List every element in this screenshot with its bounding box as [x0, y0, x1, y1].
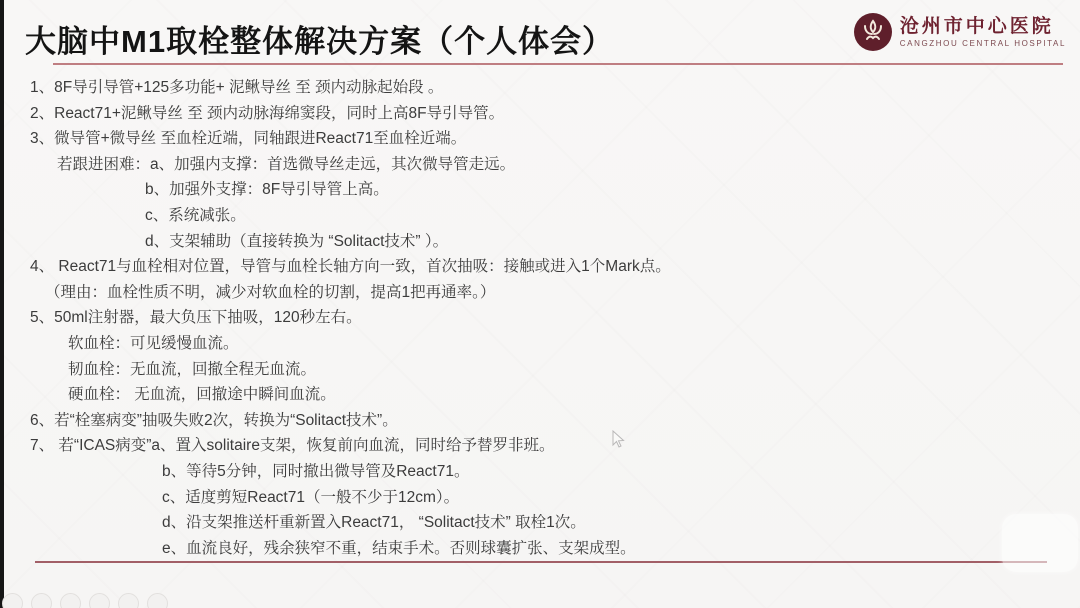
title-underline: [53, 63, 1063, 65]
body-line: 5、50ml注射器，最大负压下抽吸，120秒左右。: [30, 305, 1030, 331]
body-line: 6、若“栓塞病变”抽吸失败2次，转换为“Solitact技术”。: [30, 408, 1030, 434]
body-line: 软血栓：可见缓慢血流。: [30, 331, 1030, 357]
hospital-logo: 沧州市中心医院 CANGZHOU CENTRAL HOSPITAL: [853, 12, 1066, 52]
hospital-name-cn: 沧州市中心医院: [900, 17, 1066, 36]
body-line: d、沿支架推送杆重新置入React71， “Solitact技术” 取栓1次。: [30, 510, 1030, 536]
hospital-logo-icon: [853, 12, 893, 52]
body-line: e、血流良好，残余狭窄不重，结束手术。否则球囊扩张、支架成型。: [30, 536, 1030, 562]
slide-title: 大脑中M1取栓整体解决方案（个人体会）: [25, 16, 855, 61]
presentation-slide: 大脑中M1取栓整体解决方案（个人体会） 沧州市中心医院 CANGZHOU CEN…: [0, 0, 1080, 608]
body-line: 7、 若“ICAS病变”a、置入solitaire支架，恢复前向血流，同时给予替…: [30, 433, 1030, 459]
body-line: c、适度剪短React71（一般不少于12cm）。: [30, 485, 1030, 511]
slide-body: 1、8F导引导管+125多功能+ 泥鳅导丝 至 颈内动脉起始段 。 2、Reac…: [30, 75, 1030, 561]
body-line: 3、微导管+微导丝 至血栓近端，同轴跟进React71至血栓近端。: [30, 126, 1030, 152]
body-line: （理由：血栓性质不明，减少对软血栓的切割，提高1把再通率。）: [30, 280, 1030, 306]
body-line: b、等待5分钟，同时撤出微导管及React71。: [30, 459, 1030, 485]
body-line: 4、 React71与血栓相对位置，导管与血栓长轴方向一致，首次抽吸：接触或进入…: [30, 254, 1030, 280]
presenter-toolbar-button[interactable]: [60, 593, 81, 608]
mouse-cursor: [612, 430, 626, 450]
body-line: 若跟进困难：a、加强内支撑：首选微导丝走远，其次微导管走远。: [30, 152, 1030, 178]
presenter-toolbar-button[interactable]: [2, 593, 23, 608]
body-line: b、加强外支撑：8F导引导管上高。: [30, 177, 1030, 203]
presenter-toolbar-button[interactable]: [147, 593, 168, 608]
body-line: 硬血栓： 无血流，回撤途中瞬间血流。: [30, 382, 1030, 408]
hospital-name-en: CANGZHOU CENTRAL HOSPITAL: [900, 40, 1066, 48]
presenter-toolbar-button[interactable]: [118, 593, 139, 608]
body-line: c、系统减张。: [30, 203, 1030, 229]
presenter-toolbar-button[interactable]: [31, 593, 52, 608]
presenter-toolbar-button[interactable]: [89, 593, 110, 608]
body-line: 韧血栓：无血流，回撤全程无血流。: [30, 357, 1030, 383]
body-line: d、支架辅助（直接转换为 “Solitact技术” ）。: [30, 229, 1030, 255]
presenter-toolbar: [2, 593, 168, 608]
video-watermark: [1002, 514, 1078, 572]
body-line: 2、React71+泥鳅导丝 至 颈内动脉海绵窦段，同时上高8F导引导管。: [30, 101, 1030, 127]
left-edge-border: [0, 0, 4, 608]
body-line: 1、8F导引导管+125多功能+ 泥鳅导丝 至 颈内动脉起始段 。: [30, 75, 1030, 101]
bottom-divider: [35, 561, 1047, 563]
